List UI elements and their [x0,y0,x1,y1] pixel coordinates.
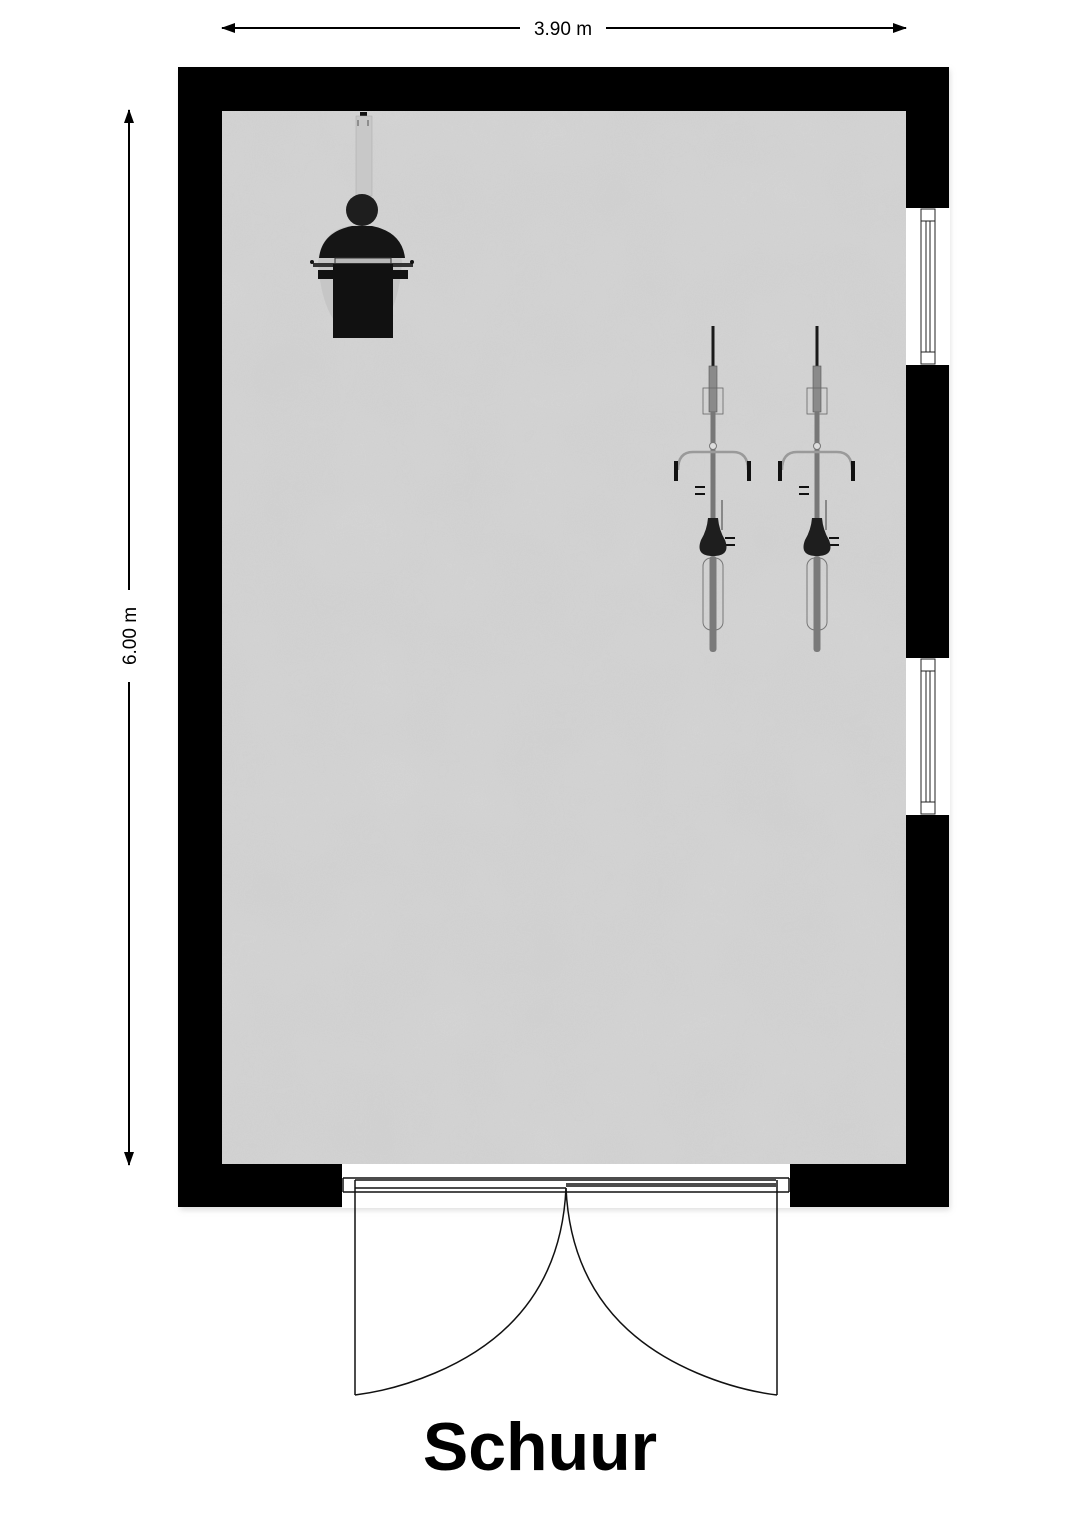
double-door-south [342,1164,790,1395]
width-dimension-label: 3.90 m [534,19,592,40]
floor-plan: 3.90 m 6.00 m [0,0,1080,1527]
window-east-1 [906,208,950,365]
width-dimension: 3.90 m [222,19,906,40]
window-east-2 [906,658,950,815]
length-dimension-label: 6.00 m [120,607,141,665]
length-dimension: 6.00 m [120,110,141,1165]
room-title: Schuur [0,1407,1080,1487]
